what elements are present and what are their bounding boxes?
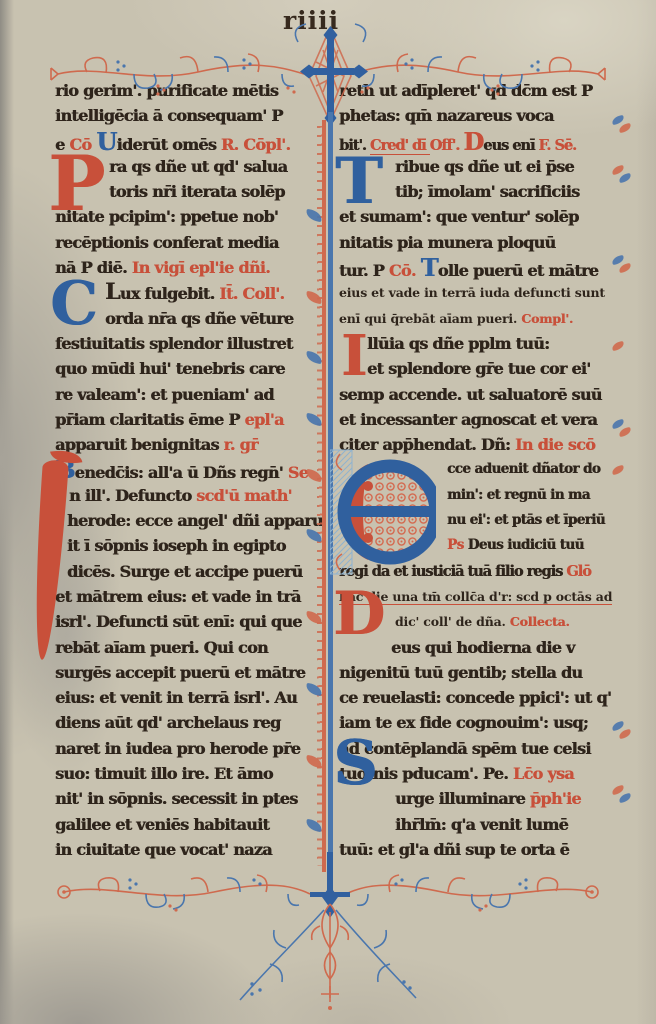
rubric-text: Collecta. — [510, 614, 570, 629]
body-text: rebāt aīam pueri. Qui con — [55, 638, 268, 657]
text-line: et mātrem eius: et vade in trā — [55, 584, 333, 609]
body-text: pr̄iam claritatis ēme P — [55, 410, 244, 429]
illuminated-initial-C: C — [50, 280, 98, 329]
body-text: orda nr̄a qs dñe vēture — [105, 309, 293, 328]
text-line: re valeam': et pueniam' ad — [55, 382, 333, 407]
text-line: it ī sōpnis ioseph in egipto — [55, 533, 333, 558]
text-line: suo: timuit illo ire. Et āmo — [55, 761, 333, 786]
leaf-ornament — [618, 793, 631, 803]
rubric-text: Se — [288, 463, 308, 482]
body-text: nitatis pia munera ploquū — [339, 233, 555, 252]
text-line: et incessanter agnoscat et vera — [339, 407, 617, 432]
rubric-text: F. Sē. — [538, 137, 576, 154]
rubric-text: It̄. Coll'. — [219, 284, 284, 303]
body-text: ihr̄lm̄: q'a venit lumē — [395, 815, 568, 834]
body-text: eius et vade in terrā iuda defuncti sunt — [339, 285, 605, 300]
body-text: ra qs dñe ut qd' salua — [109, 157, 287, 176]
text-line: quo mūdi hui' tenebris care — [55, 356, 333, 381]
body-text: urge illuminare — [395, 789, 530, 808]
body-text: n ill'. Defuncto — [69, 486, 196, 505]
manuscript-page: riiii — [0, 0, 656, 1024]
body-text: ce reuelasti: concede ppici': ut q' — [339, 688, 611, 707]
body-text: recēptionis conferat media — [55, 233, 279, 252]
text-line: surgēs accepit puerū et mātre — [55, 660, 333, 685]
body-text: galilee et veniēs habitauit — [55, 815, 269, 834]
rubric-text: Compl'. — [521, 311, 573, 326]
illuminated-initial-I: I — [341, 334, 367, 380]
initial-letter: L — [105, 279, 120, 305]
text-line: recēptionis conferat media — [55, 230, 333, 255]
illuminated-initial-T: T — [335, 156, 383, 208]
cross — [300, 26, 368, 126]
illuminated-initial-P: P — [48, 153, 105, 215]
rubric-text: Cō. — [389, 261, 421, 280]
text-line: tudinis pducam'. Pe. Lc̄o ysa — [339, 761, 617, 786]
body-text: Deus iudiciū tuū — [468, 537, 584, 553]
text-line: eius et vade in terrā iuda defuncti sunt — [339, 280, 617, 305]
body-text: nigenitū tuū gentib; stella du — [339, 663, 582, 682]
body-text: dicēs. Surge et accipe puerū — [67, 562, 302, 581]
rubric-text: R. Cōpl'. — [221, 135, 290, 154]
body-text: quo mūdi hui' tenebris care — [55, 359, 285, 378]
text-line: et splendore gr̄e tue cor ei' — [339, 356, 617, 381]
illuminated-initial-S: S — [333, 738, 378, 789]
text-line: enī qui q̄rebāt aīam pueri. Compl'. — [339, 306, 617, 331]
rubric-text: Off'. — [430, 137, 464, 154]
text-line: ce reuelasti: concede ppici': ut q' — [339, 685, 617, 710]
text-line: urge illuminare p̄ph'ie — [339, 786, 617, 811]
leaf-ornament — [618, 729, 631, 739]
body-text: toris nr̄i iterata solēp — [109, 182, 285, 201]
body-text: isrl'. Defuncti sūt enī: qui que — [55, 612, 302, 631]
text-line: tur. P Cō. Tolle puerū et mātre — [339, 255, 617, 280]
top-penwork-decoration — [48, 22, 608, 126]
text-line: naret in iudea pro herode pr̄e — [55, 736, 333, 761]
body-text: eius: et venit in terrā isrl'. Au — [55, 688, 297, 707]
leaf-ornament — [618, 263, 631, 273]
body-text: llūia qs dñe pplm tuū: — [367, 334, 549, 353]
rubric-text: p̄ph'ie — [530, 789, 581, 808]
text-line: diens aūt qd' archelaus reg — [55, 710, 333, 735]
body-text: herode: ecce angel' dñi apparu — [67, 511, 323, 530]
body-text: re valeam': et pueniam' ad — [55, 385, 274, 404]
text-line: pr̄iam claritatis ēme P epl'a — [55, 407, 333, 432]
rubric-text: epl'a — [244, 410, 283, 429]
text-line: ad contēplandā spēm tue celsi — [339, 736, 617, 761]
body-text: apparuit benignitas — [55, 435, 224, 454]
illuminated-initial-D: D — [333, 590, 385, 639]
body-text: olle puerū et mātre — [438, 261, 598, 280]
body-text: tur. P — [339, 261, 389, 280]
body-text: naret in iudea pro herode pr̄e — [55, 739, 300, 758]
body-text: eus qui hodierna die v — [391, 638, 575, 657]
red-drop-finial — [312, 904, 349, 1010]
body-text: semp accende. ut saluatorē suū — [339, 385, 602, 404]
body-text: it ī sōpnis ioseph in egipto — [67, 536, 286, 555]
bottom-penwork-decoration — [48, 852, 608, 1022]
body-text: et splendore gr̄e tue cor ei' — [367, 359, 590, 378]
text-line: apparuit benignitas r. gr̄ — [55, 432, 333, 457]
rubric-text: Lc̄o ysa — [513, 764, 574, 783]
text-line: galilee et veniēs habitauit — [55, 812, 333, 837]
text-line: isrl'. Defuncti sūt enī: qui que — [55, 609, 333, 634]
text-line: ihr̄lm̄: q'a venit lumē — [339, 812, 617, 837]
text-line: iam te ex fide cognouim': usq; — [339, 710, 617, 735]
illuminated-initial-E — [330, 448, 436, 576]
rubric-text: r. gr̄ — [224, 435, 258, 454]
text-line: nigenitū tuū gentib; stella du — [339, 660, 617, 685]
text-line: herode: ecce angel' dñi apparu — [55, 508, 333, 533]
rubric-text: Glō — [566, 563, 591, 580]
body-text: ux fulgebit. — [120, 284, 219, 303]
initial-letter: D — [463, 127, 483, 156]
initial-letter: T — [421, 253, 438, 282]
body-text: suo: timuit illo ire. Et āmo — [55, 764, 273, 783]
text-line: n ill'. Defuncto scd'ū math' — [55, 483, 333, 508]
leaf-ornament — [618, 123, 631, 133]
divider-red-bar — [322, 120, 326, 872]
body-text: surgēs accepit puerū et mātre — [55, 663, 305, 682]
text-line: dicēs. Surge et accipe puerū — [55, 559, 333, 584]
body-text: et incessanter agnoscat et vera — [339, 410, 597, 429]
body-text: min': et regnū in ma — [447, 487, 590, 503]
text-line: nitatis pia munera ploquū — [339, 230, 617, 255]
rubric-text: scd'ū math' — [196, 486, 292, 505]
text-line: llūia qs dñe pplm tuū: — [339, 331, 617, 356]
text-line: nit' in sōpnis. secessit in ptes — [55, 786, 333, 811]
body-text: nu ei': et ptās et īperiū — [447, 512, 605, 528]
rubric-text: Ps — [447, 537, 468, 553]
text-line: eius: et venit in terrā isrl'. Au — [55, 685, 333, 710]
text-line: semp accende. ut saluatorē suū — [339, 382, 617, 407]
body-text: iderūt omēs — [116, 135, 220, 154]
text-line: Benedc̄is: all'a ū Dñs regn̄' Se — [55, 457, 333, 482]
body-text: cce aduenit dñator do — [447, 461, 600, 477]
body-text: ribue qs dñe ut ei p̄se — [395, 157, 574, 176]
leaf-ornament — [618, 427, 631, 437]
body-text: dic' coll' de dña. — [395, 614, 510, 629]
body-text: tib; īmolam' sacrificiis — [395, 182, 579, 201]
rubric-text: In vigī epl'ie dñi. — [132, 258, 270, 277]
body-text: enedc̄is: all'a ū Dñs regn̄' — [75, 463, 288, 482]
text-line: rebāt aīam pueri. Qui con — [55, 635, 333, 660]
body-text: diens aūt qd' archelaus reg — [55, 713, 280, 732]
body-text: nit' in sōpnis. secessit in ptes — [55, 789, 297, 808]
body-text: eus enī — [483, 137, 538, 154]
rubric-text: In die scō — [515, 435, 595, 454]
body-text: et mātrem eius: et vade in trā — [55, 587, 301, 606]
leaf-ornament — [618, 173, 631, 183]
